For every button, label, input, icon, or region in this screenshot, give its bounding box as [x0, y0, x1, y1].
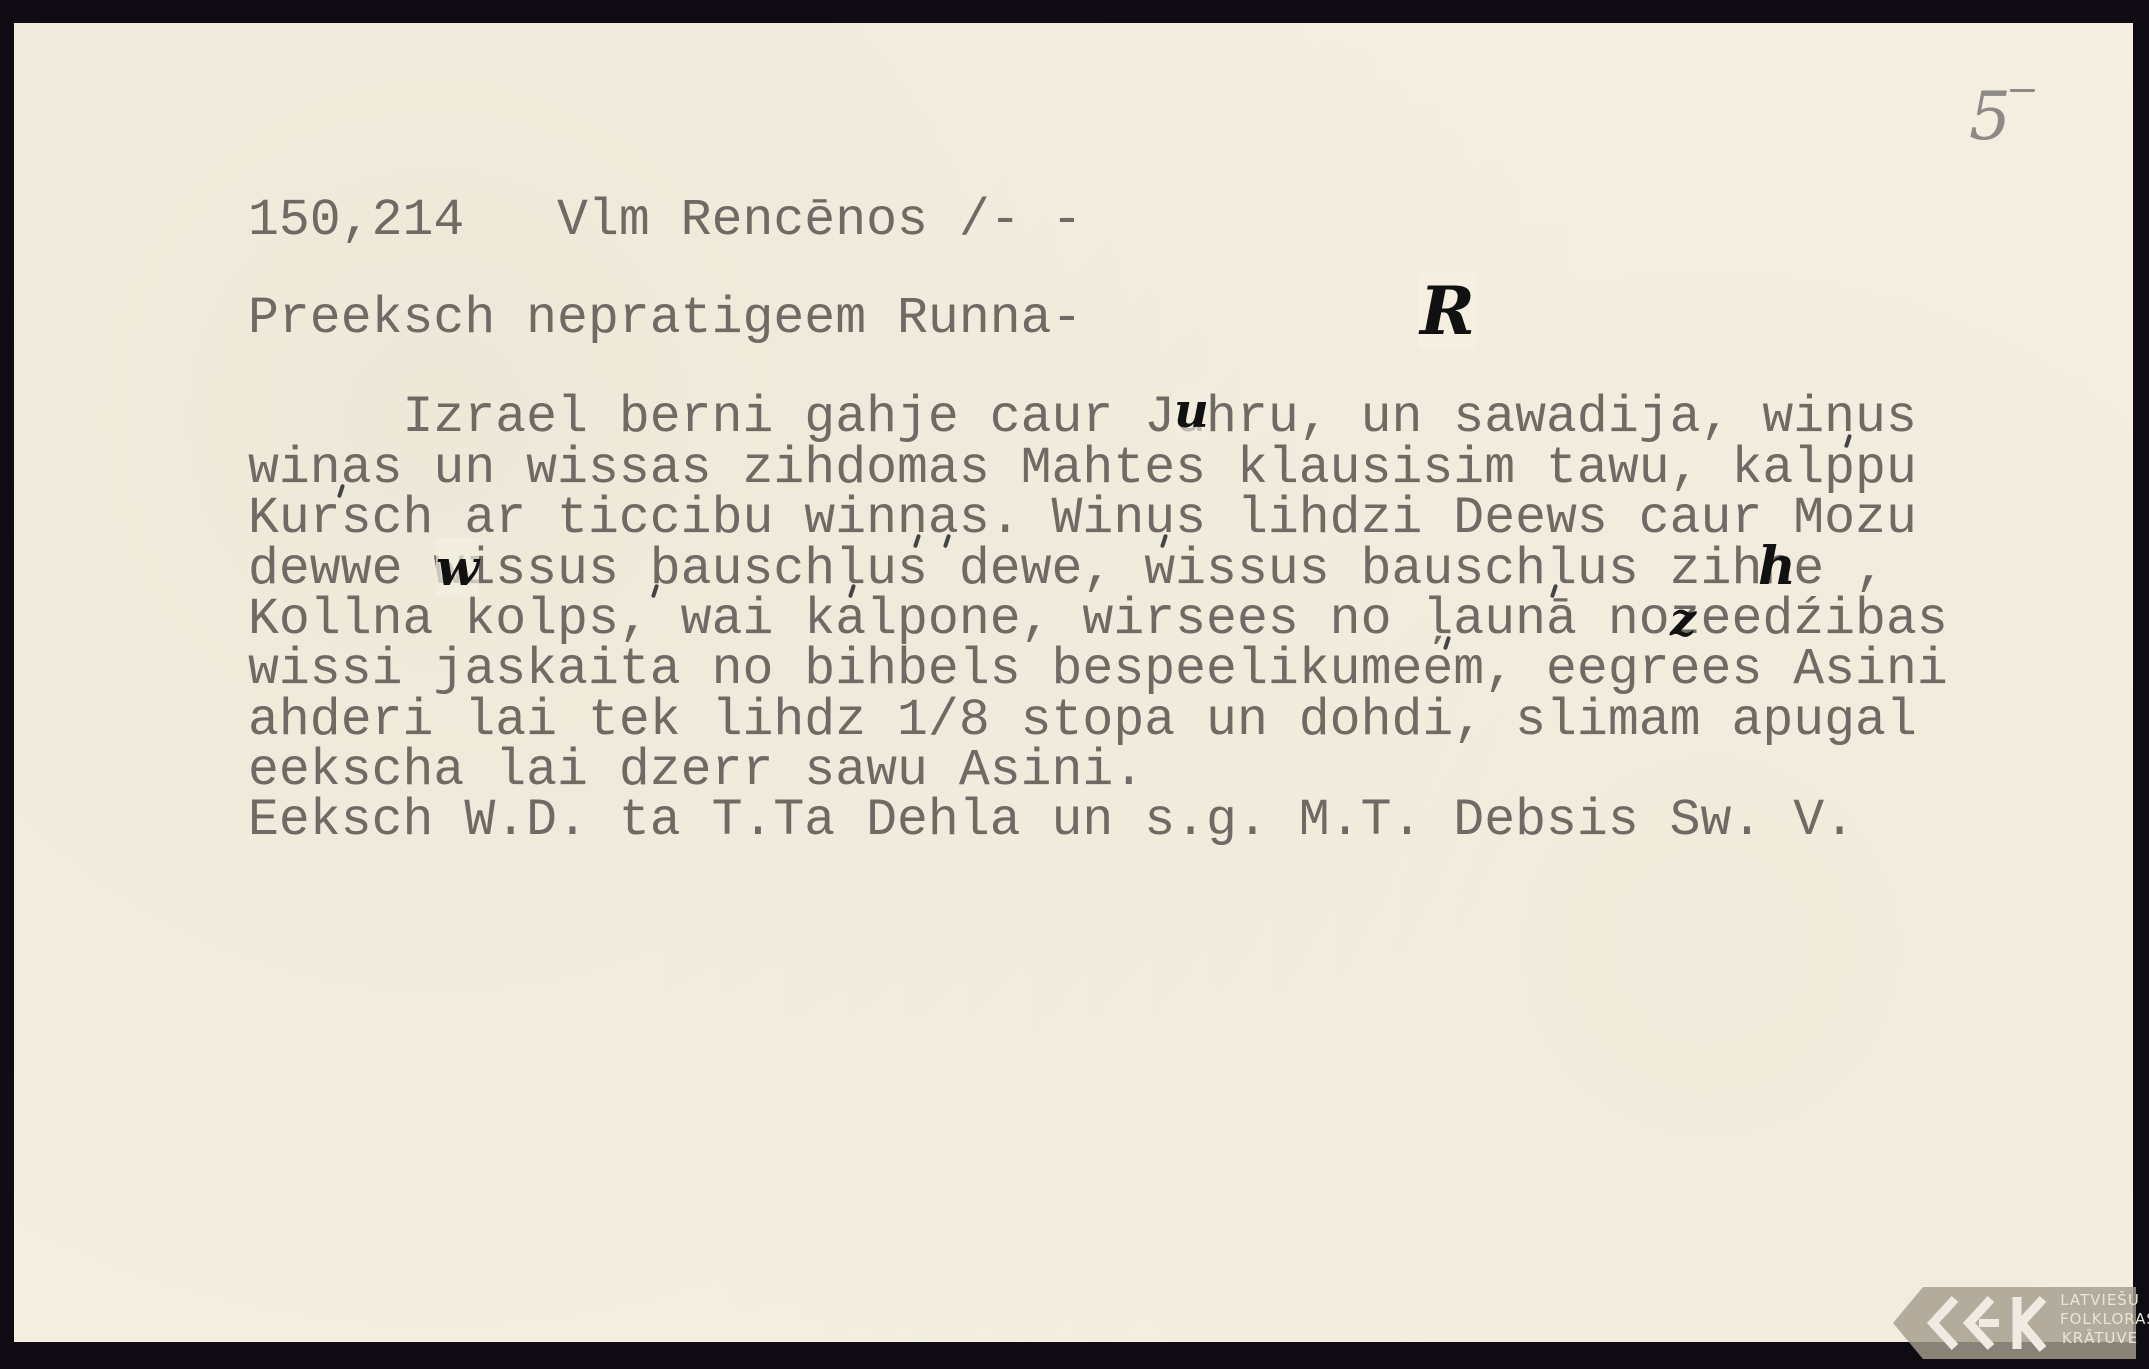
body-line-9: Eeksch W.D. ta T.Ta Dehla un s.g. M.T. D…	[248, 796, 1855, 848]
archive-name-line-2: FOLKLORAS	[2060, 1310, 2140, 1329]
archive-name: LATVIEŠU FOLKLORAS KRĀTUVE	[2060, 1291, 2140, 1348]
body-line-4: dewwe wissus bauschlus dewe, wissus baus…	[248, 545, 1886, 597]
body-line-3: Kursch ar ticcibu winnas. Winus lihdzi D…	[248, 494, 1917, 546]
card-header-line: 150,214 Vlm Rencēnos /- -	[248, 196, 1082, 248]
page-number: 5	[1969, 78, 2011, 155]
body-line-6: wissi jaskaita no bihbels bespeelikumeem…	[248, 645, 1948, 697]
body-line-7: ahderi lai tek lihdz 1/8 stopa un dohdi,…	[248, 696, 1917, 748]
archive-name-line-1: LATVIEŠU	[2060, 1291, 2140, 1310]
body-line-1: Izrael berni gahje caur Juhru, un sawadi…	[248, 393, 1917, 445]
handwritten-correction-u: u	[1174, 383, 1209, 439]
archive-name-line-3: KRĀTUVE	[2060, 1329, 2140, 1348]
handwritten-correction-R: R	[1418, 272, 1477, 350]
card-title: Preeksch nepratigeem Runna-	[248, 294, 1082, 346]
handwritten-correction-h: h	[1758, 536, 1796, 597]
handwritten-correction-z: z	[1670, 592, 1696, 646]
handwritten-correction-w: w	[436, 538, 479, 597]
page-number-dash	[2010, 89, 2035, 92]
body-line-2: winas un wissas zihdomas Mahtes klausisi…	[248, 444, 1917, 496]
body-line-8: eekscha lai dzerr sawu Asini.	[248, 746, 1144, 798]
